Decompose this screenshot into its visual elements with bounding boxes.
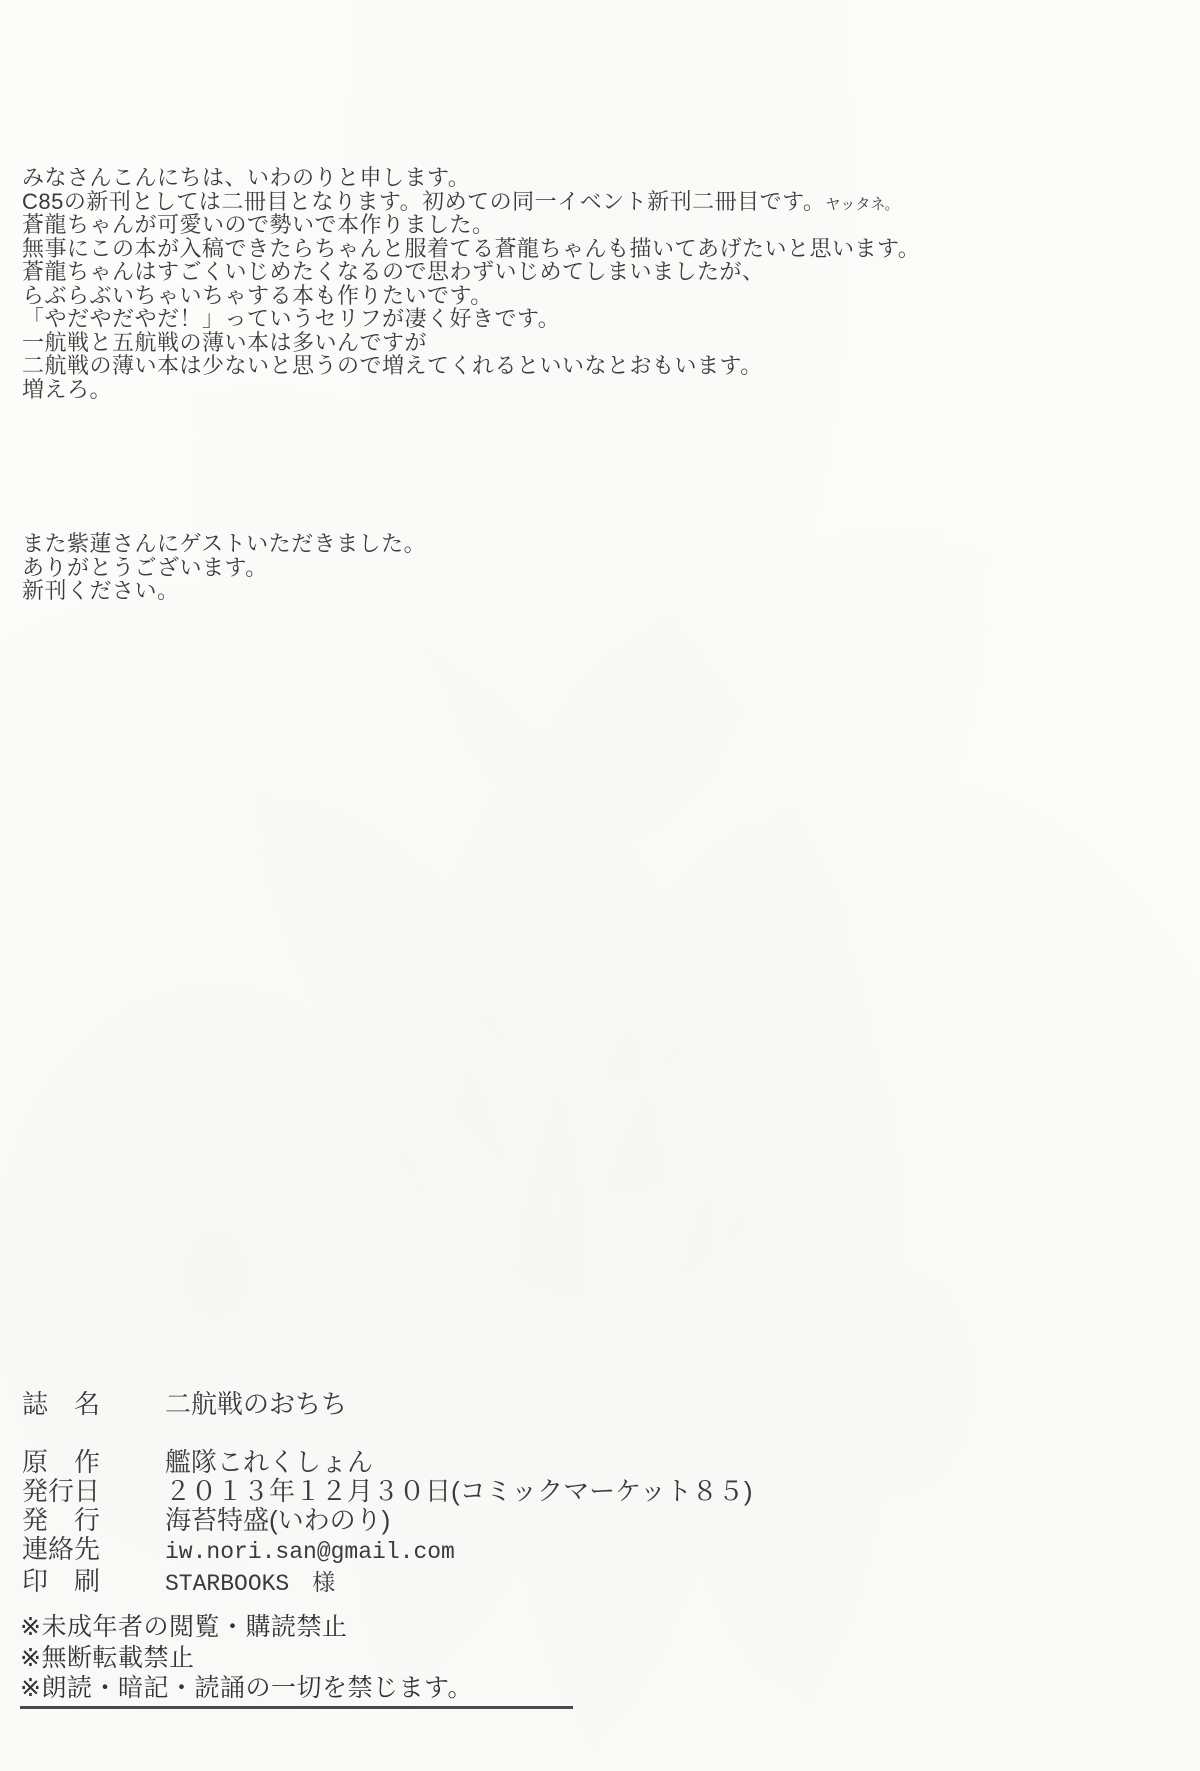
- colophon-label: 原 作: [22, 1448, 165, 1476]
- thanks-line: また紫蓮さんにゲストいただきました。: [22, 532, 426, 556]
- colophon-value-contact-email: iw.nori.san@gmail.com: [165, 1538, 455, 1566]
- notices-block: ※未成年者の閲覧・購読禁止 ※無断転載禁止 ※朗読・暗記・読誦の一切を禁じます。: [20, 1612, 573, 1709]
- colophon-value-publisher: 海苔特盛(いわのり): [165, 1506, 390, 1534]
- notice-line-no-minors: ※未成年者の閲覧・購読禁止: [20, 1612, 573, 1643]
- colophon-row-contact: 連絡先 iw.nori.san@gmail.com: [22, 1535, 753, 1566]
- afterword-line: 蒼龍ちゃんが可愛いので勢いで本作りました。: [22, 213, 1072, 237]
- colophon-value-publish-date: ２０１３年１２月３０日(コミックマーケット８５): [165, 1477, 753, 1505]
- colophon-row-printer: 印 刷 STARBOOKS 様: [22, 1567, 753, 1598]
- thanks-line: 新刊ください。: [22, 579, 426, 603]
- colophon-row-publish-date: 発行日 ２０１３年１２月３０日(コミックマーケット８５): [22, 1477, 753, 1505]
- afterword-line: C85の新刊としては二冊目となります。初めての同一イベント新刊二冊目です。ヤッタ…: [22, 190, 1072, 214]
- colophon-label: 印 刷: [22, 1567, 165, 1595]
- afterword-line: 無事にこの本が入稿できたらちゃんと服着てる蒼龍ちゃんも描いてあげたいと思います。: [22, 237, 1072, 261]
- colophon-row-original-work: 原 作 艦隊これくしょん: [22, 1448, 753, 1476]
- colophon-block: 誌 名 二航戦のおちち 原 作 艦隊これくしょん 発行日 ２０１３年１２月３０日…: [22, 1390, 753, 1599]
- colophon-row-title: 誌 名 二航戦のおちち: [22, 1390, 753, 1418]
- afterword-text-block: みなさんこんにちは、いわのりと申します。 C85の新刊としては二冊目となります。…: [22, 166, 1072, 401]
- afterword-line: 一航戦と五航戦の薄い本は多いんですが: [22, 331, 1072, 355]
- afterword-line: 二航戦の薄い本は少ないと思うので増えてくれるといいなとおもいます。: [22, 354, 1072, 378]
- scanned-afterword-page: みなさんこんにちは、いわのりと申します。 C85の新刊としては二冊目となります。…: [0, 0, 1200, 1771]
- colophon-value-printer: STARBOOKS 様: [165, 1570, 335, 1598]
- afterword-line-main: C85の新刊としては二冊目となります。初めての同一イベント新刊二冊目です。: [22, 189, 825, 214]
- guest-thanks-block: また紫蓮さんにゲストいただきました。 ありがとうございます。 新刊ください。: [22, 532, 426, 603]
- colophon-label: 発行日: [22, 1477, 165, 1505]
- afterword-line: みなさんこんにちは、いわのりと申します。: [22, 166, 1072, 190]
- notice-line-no-recitation: ※朗読・暗記・読誦の一切を禁じます。: [20, 1673, 573, 1709]
- thanks-line: ありがとうございます。: [22, 556, 426, 580]
- colophon-label: 連絡先: [22, 1535, 165, 1563]
- notice-line-no-reproduction: ※無断転載禁止: [20, 1643, 573, 1674]
- afterword-line: らぶらぶいちゃいちゃする本も作りたいです。: [22, 284, 1072, 308]
- colophon-row-publisher: 発 行 海苔特盛(いわのり): [22, 1506, 753, 1534]
- afterword-line-small-tail: ヤッタネ。: [825, 196, 899, 213]
- afterword-line: 「やだやだやだ！」っていうセリフが凄く好きです。: [22, 307, 1072, 331]
- afterword-line: 増えろ。: [22, 378, 1072, 402]
- colophon-value-original-work: 艦隊これくしょん: [165, 1448, 373, 1476]
- colophon-label: 誌 名: [22, 1390, 165, 1418]
- colophon-label: 発 行: [22, 1506, 165, 1534]
- colophon-value-book-title: 二航戦のおちち: [165, 1390, 347, 1418]
- afterword-line: 蒼龍ちゃんはすごくいじめたくなるので思わずいじめてしまいましたが、: [22, 260, 1072, 284]
